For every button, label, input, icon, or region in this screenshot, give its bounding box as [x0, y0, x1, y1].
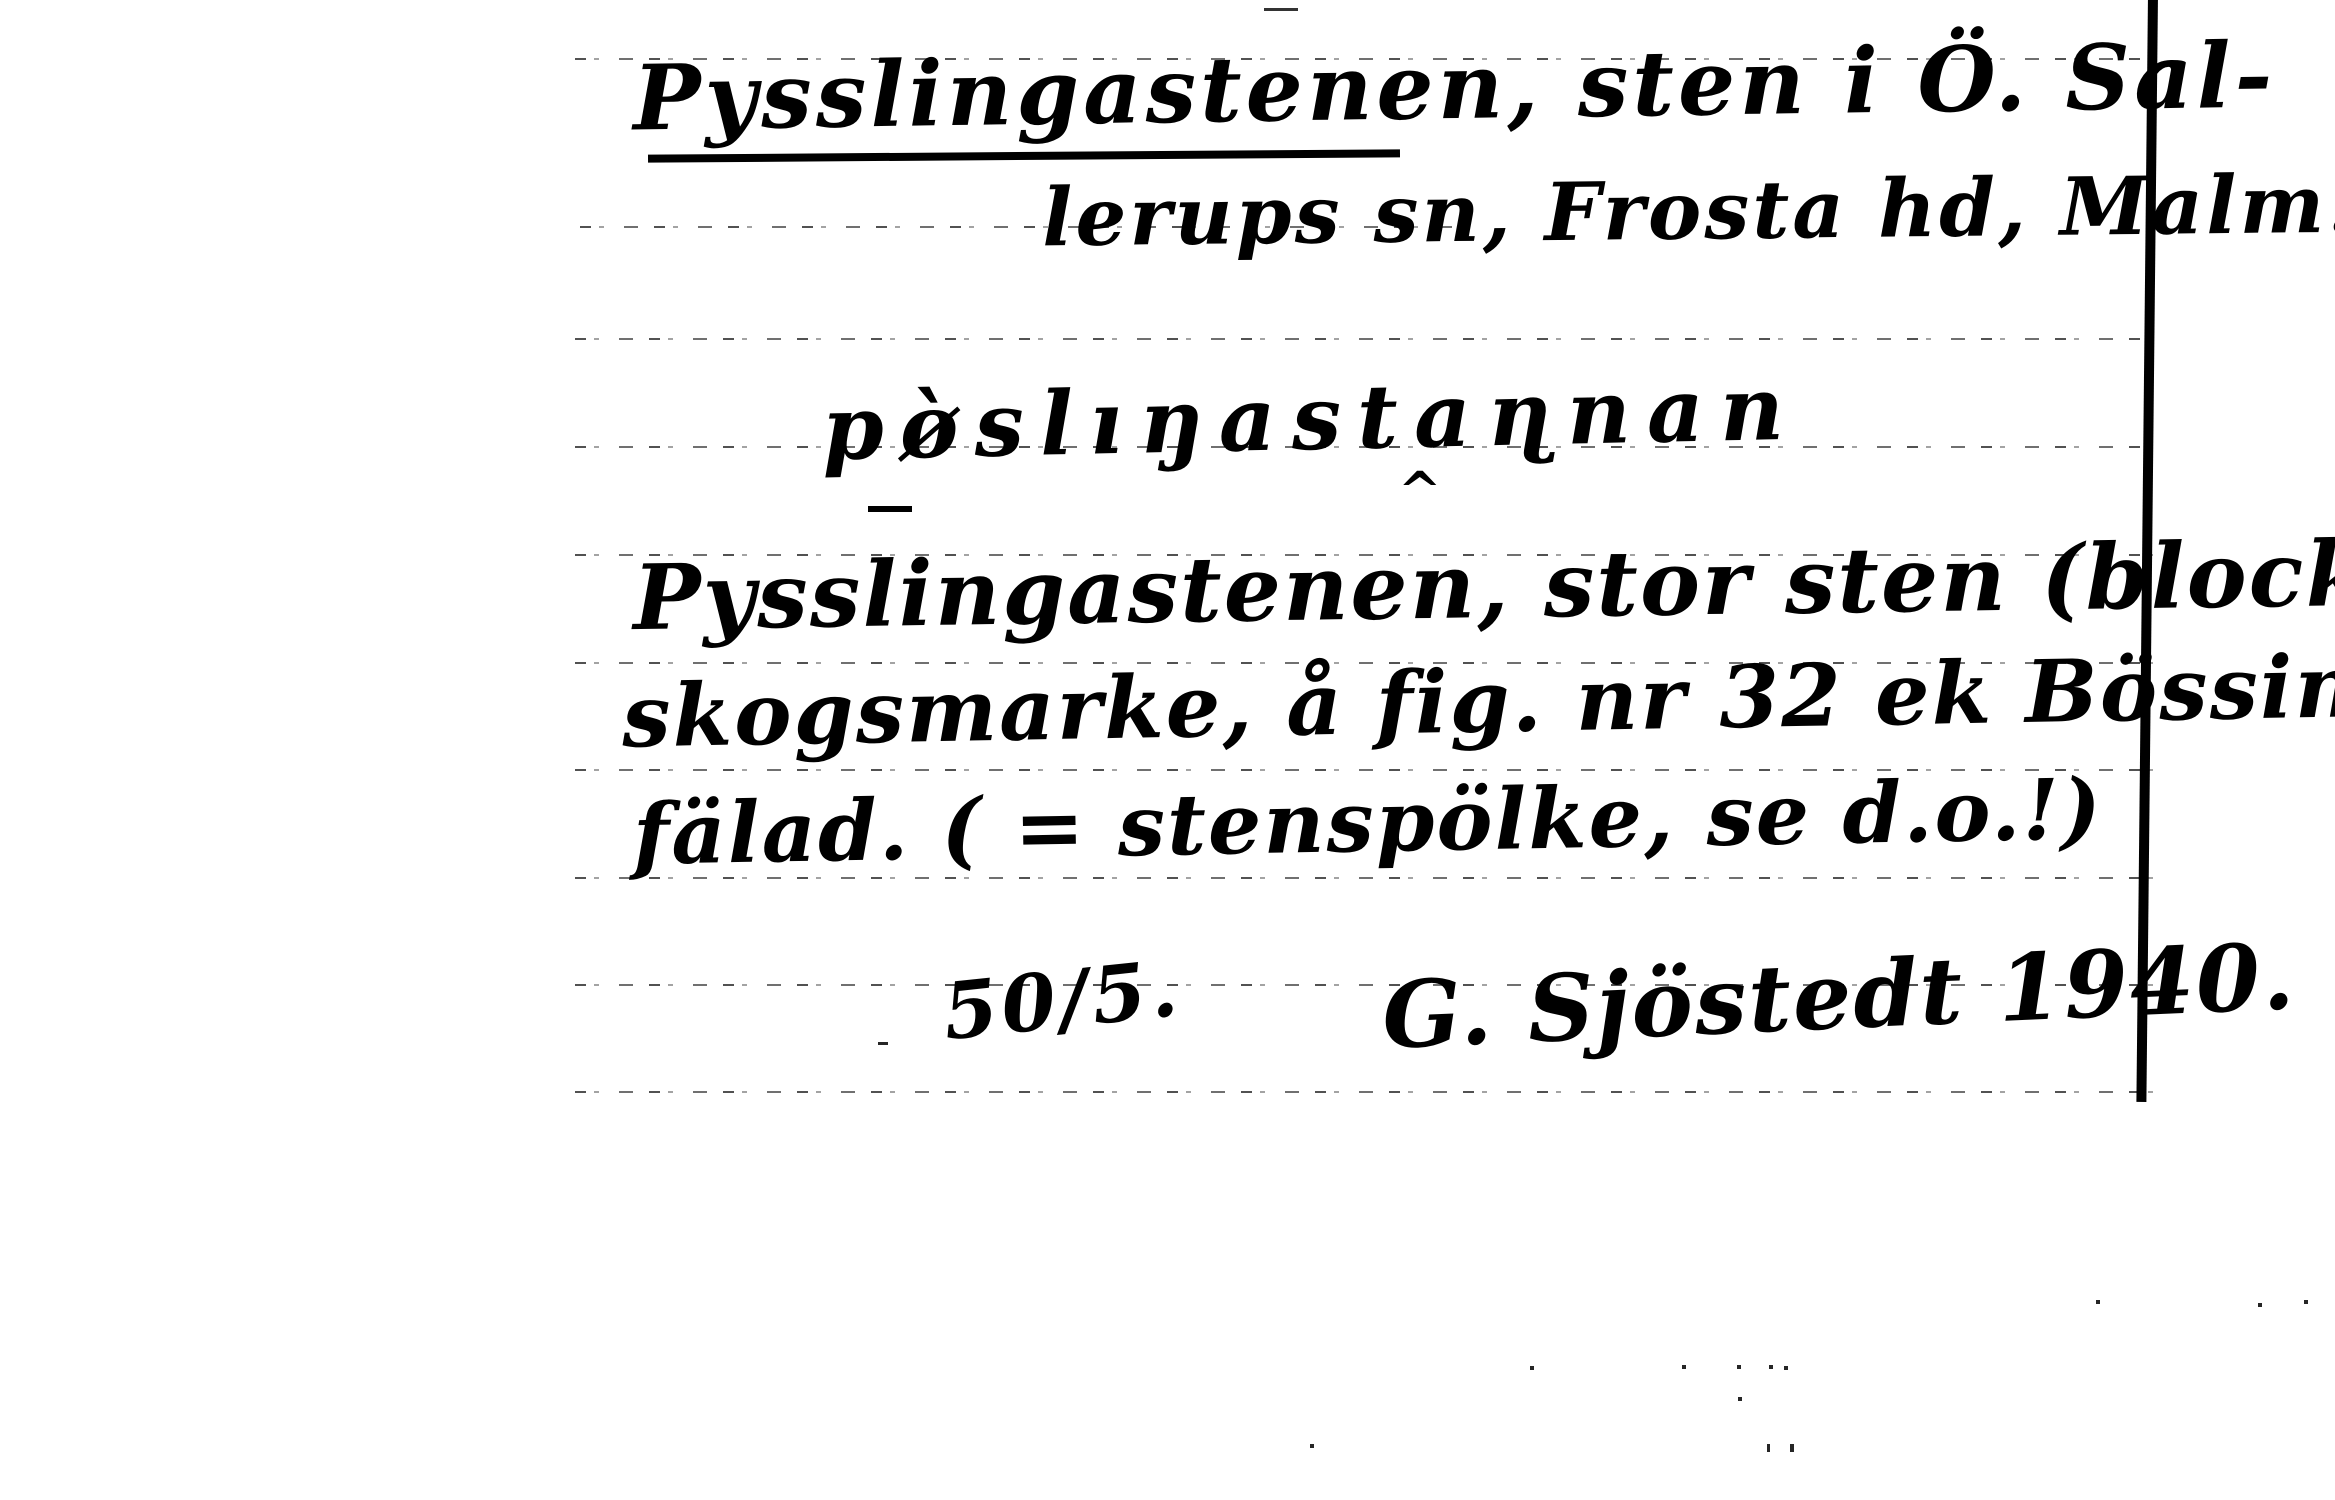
headword-continuation: , sten i Ö. Sal-: [1506, 23, 2277, 140]
scan-speckle: [2258, 1303, 2262, 1307]
scan-speckle: [1784, 1366, 1788, 1370]
scanned-archive-card: Pysslingastenen, sten i Ö. Sal- lerups s…: [0, 0, 2335, 1500]
ruled-line: [575, 1091, 2153, 1093]
headword-underline: [648, 149, 1400, 162]
description-line-3: fälad. ( = stenspölke, se d.o.!): [632, 767, 2103, 877]
retroflex-mark-icon: ^: [1398, 466, 1442, 518]
description-line-1: Pysslingastenen, stor sten (block) å: [632, 527, 2335, 643]
scan-speckle: [1310, 1444, 1314, 1448]
headword-text: Pysslingastenen: [632, 33, 1507, 151]
scan-speckle: [1769, 1365, 1773, 1369]
headword-line: Pysslingastenen, sten i Ö. Sal-: [632, 31, 2276, 144]
ruled-line: [575, 338, 2153, 340]
scan-speckle: [2096, 1300, 2100, 1304]
location-line: lerups sn, Frosta hd, Malm. l.: [1042, 163, 2335, 258]
scan-speckle: [1738, 1397, 1742, 1401]
signature-line: G. Sjöstedt 1940.: [1380, 930, 2297, 1062]
phonetic-transcription: pø̀slıŋastaɳnan: [821, 364, 1800, 472]
scan-speckle: [1790, 1444, 1794, 1452]
scan-speckle: [1530, 1366, 1534, 1370]
description-headword: Pysslingastenen: [632, 533, 1477, 651]
scan-speckle: [1737, 1365, 1741, 1369]
scan-speckle: [2304, 1300, 2308, 1304]
scan-speckle: [878, 1042, 888, 1045]
phonetic-length-mark: [868, 506, 912, 512]
scan-speckle: [1767, 1444, 1770, 1452]
scan-speckle: [1682, 1365, 1686, 1369]
accession-number: 50/5.: [940, 950, 1185, 1052]
scan-mark: [1264, 8, 1298, 11]
description-line-2: skogsmarke, å fig. nr 32 ek Bössinge-: [621, 641, 2335, 760]
description-line-1-rest: , stor sten (block) å: [1476, 519, 2335, 639]
